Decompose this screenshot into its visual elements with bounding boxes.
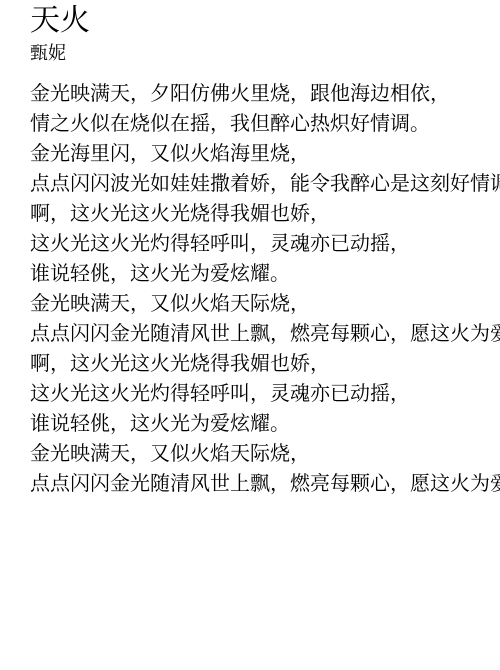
- lyric-line: 情之火似在烧似在摇，我但醉心热炽好情调。: [30, 109, 500, 139]
- lyric-line: 谁说轻佻，这火光为爱炫耀。: [30, 259, 500, 289]
- lyric-line: 金光映满天，又似火焰天际烧，: [30, 289, 500, 319]
- lyric-line: 点点闪闪金光随清风世上飘，燃亮每颗心，愿这火为爱: [30, 319, 500, 349]
- lyric-line: 金光映满天，夕阳仿佛火里烧，跟他海边相依，: [30, 79, 500, 109]
- lyric-line: 金光海里闪，又似火焰海里烧，: [30, 139, 500, 169]
- lyrics-block: 金光映满天，夕阳仿佛火里烧，跟他海边相依， 情之火似在烧似在摇，我但醉心热炽好情…: [30, 79, 500, 499]
- lyric-line: 这火光这火光灼得轻呼叫，灵魂亦已动摇，: [30, 229, 500, 259]
- lyric-line: 啊，这火光这火光烧得我媚也娇，: [30, 349, 500, 379]
- artist-name: 甄妮: [30, 42, 500, 64]
- song-title: 天火: [30, 3, 500, 39]
- lyric-line: 点点闪闪波光如娃娃撒着娇，能令我醉心是这刻好情调: [30, 169, 500, 199]
- lyric-line: 这火光这火光灼得轻呼叫，灵魂亦已动摇，: [30, 379, 500, 409]
- lyric-line: 谁说轻佻，这火光为爱炫耀。: [30, 409, 500, 439]
- lyric-line: 金光映满天，又似火焰天际烧，: [30, 439, 500, 469]
- lyrics-page: 天火 甄妮 金光映满天，夕阳仿佛火里烧，跟他海边相依， 情之火似在烧似在摇，我但…: [0, 0, 500, 670]
- lyric-line: 啊，这火光这火光烧得我媚也娇，: [30, 199, 500, 229]
- lyric-line: 点点闪闪金光随清风世上飘，燃亮每颗心，愿这火为爱: [30, 469, 500, 499]
